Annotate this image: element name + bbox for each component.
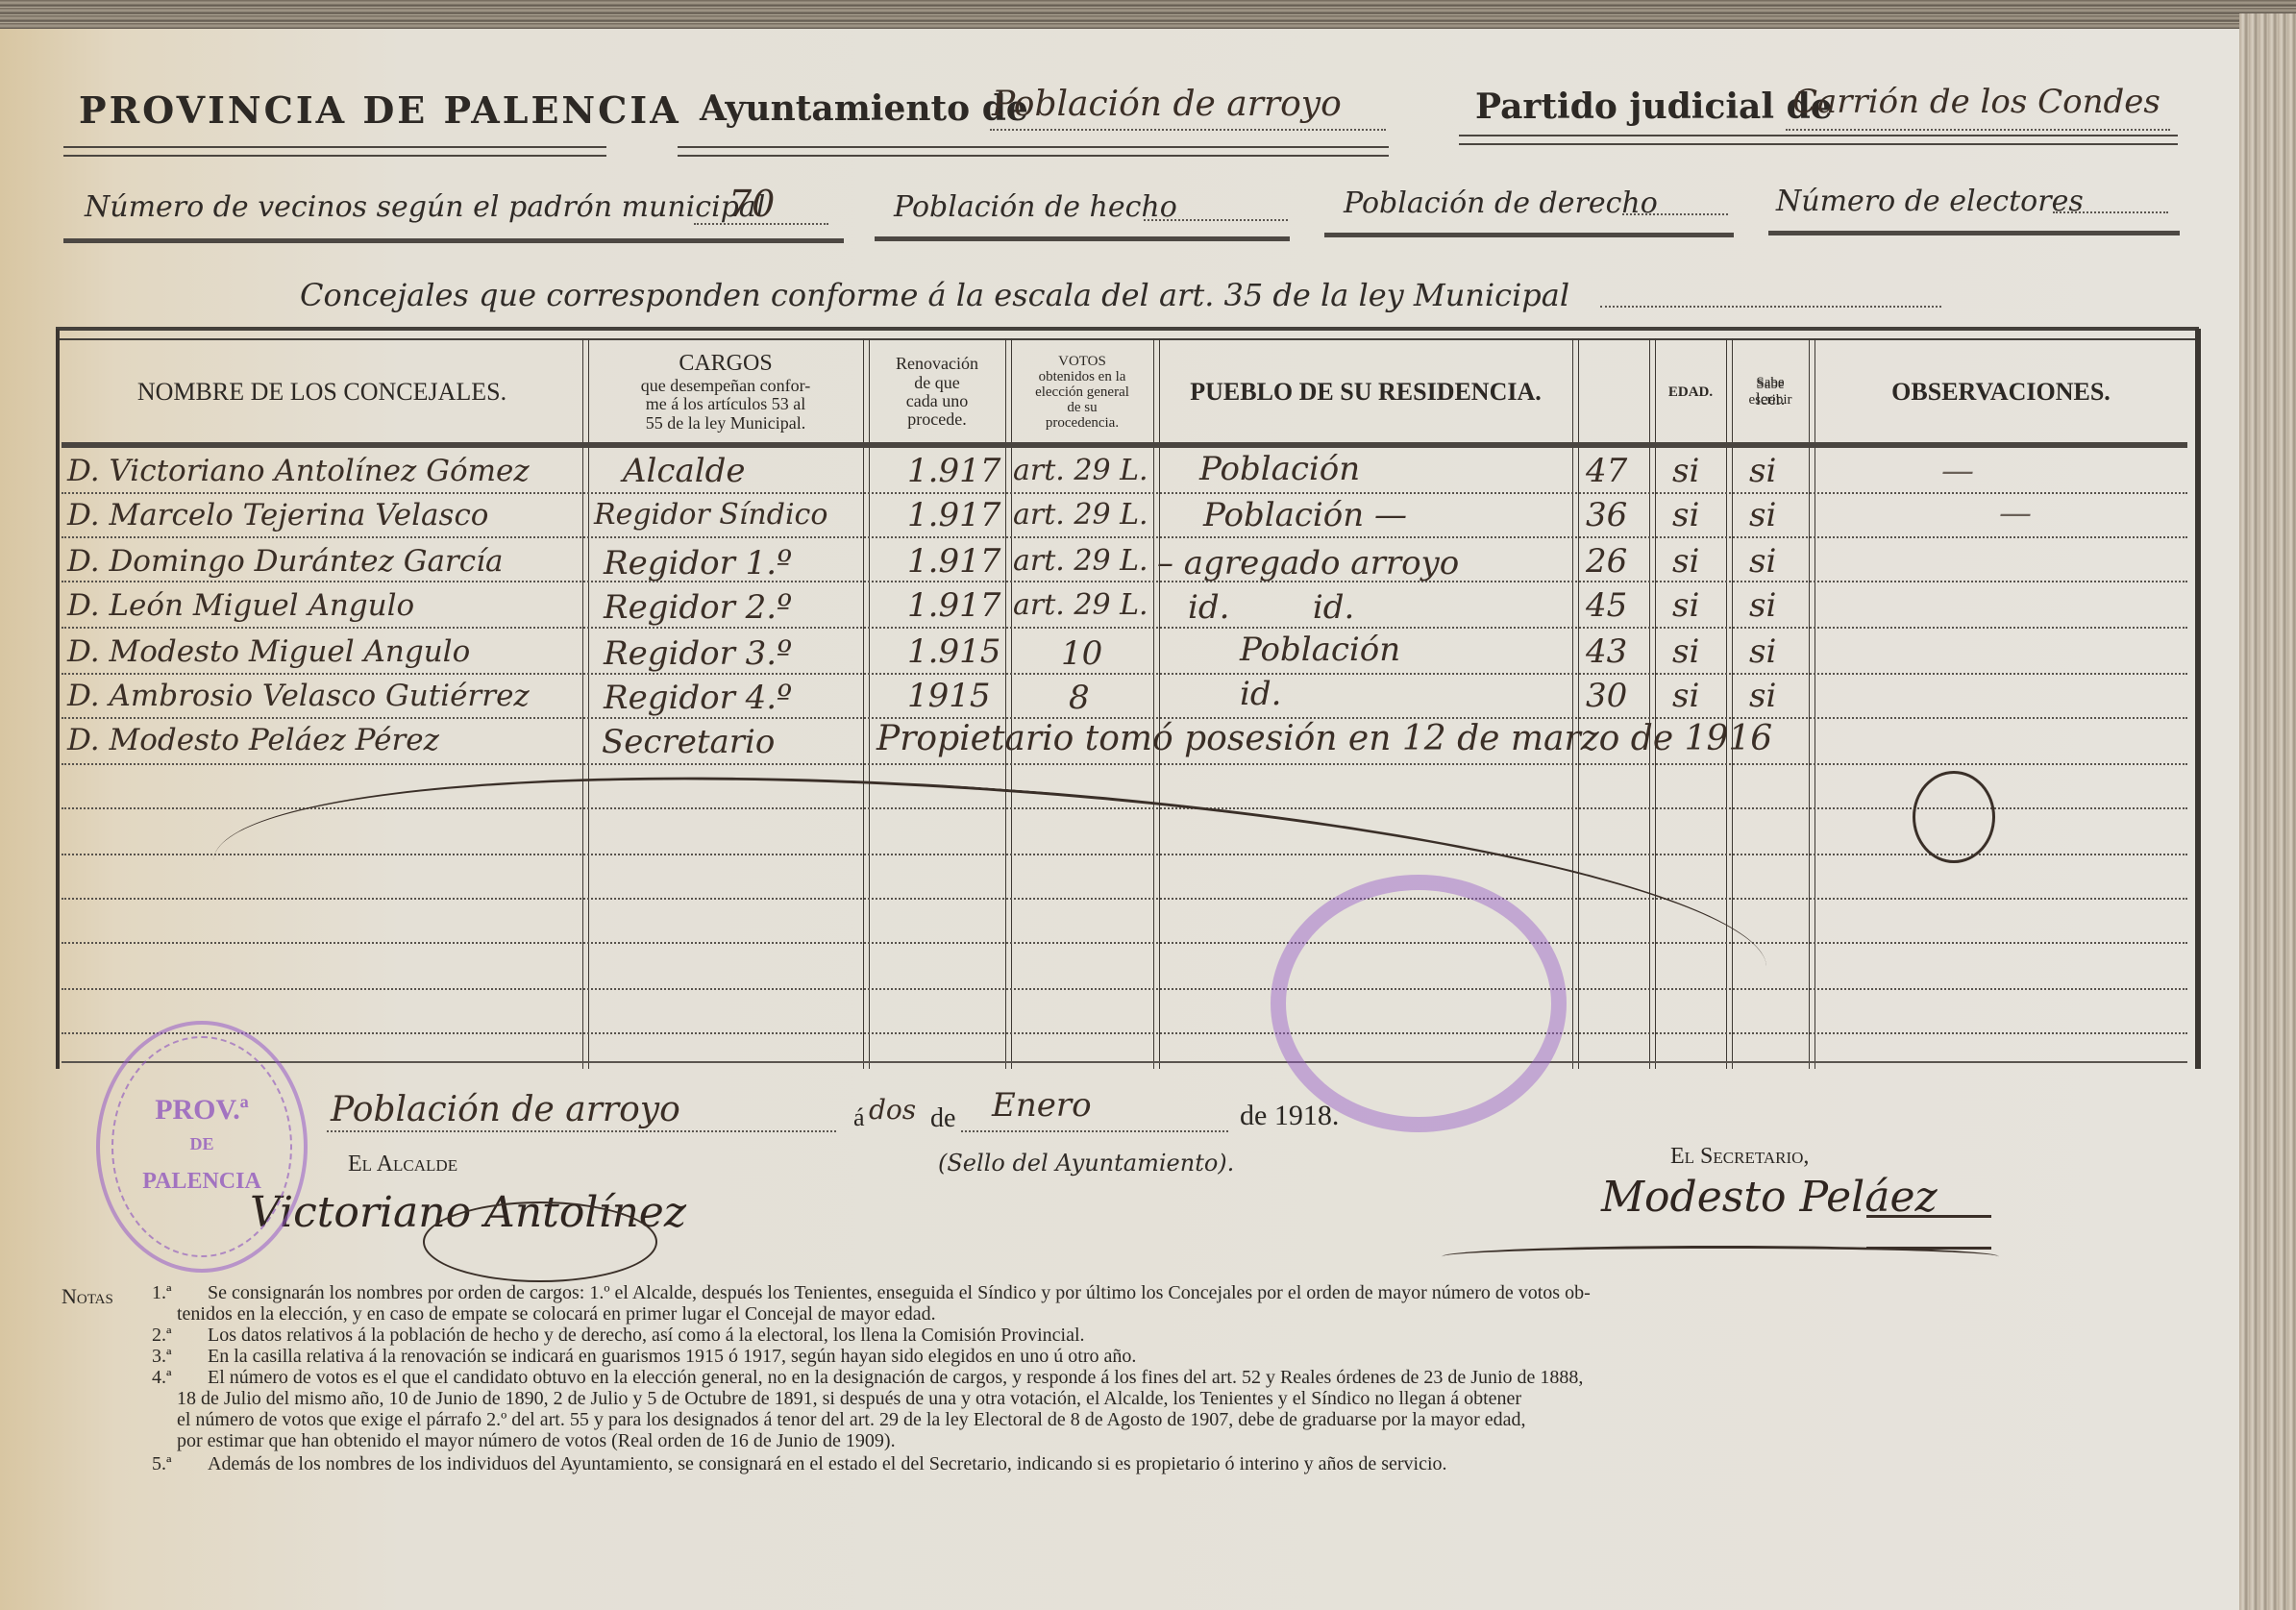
- cell-pueblo: Población: [1240, 631, 1400, 669]
- footer-de-label: de: [930, 1103, 955, 1134]
- cell-renovacion: 1915: [907, 677, 991, 715]
- cell-pueblo: Población: [1199, 450, 1360, 488]
- table-bottom-rule: [62, 1061, 2187, 1063]
- row-rule: [62, 492, 2187, 494]
- cell-leer: si: [1672, 586, 1699, 625]
- book-page-stack-edge: [2239, 13, 2296, 1610]
- cell-leer: si: [1672, 542, 1699, 581]
- secretario-flourish: [1442, 1246, 1999, 1268]
- pen-flourish: [1913, 771, 1995, 863]
- cell-escribir: si: [1749, 496, 1776, 534]
- cell-escribir: si: [1749, 632, 1776, 671]
- vecinos-dotted-line: [694, 223, 828, 225]
- note-number: 1.ª: [152, 1282, 172, 1304]
- header-cargos-line: 55 de la ley Municipal.: [646, 414, 805, 433]
- ayuntamiento-rule: [678, 146, 1389, 157]
- col-divider: [1809, 338, 1815, 1069]
- header-votos-line: elección general: [1035, 384, 1129, 400]
- cell-edad: 26: [1586, 542, 1627, 581]
- cell-leer: si: [1672, 452, 1699, 490]
- header-bottom-rule: [62, 442, 2187, 448]
- vecinos-rule: [63, 238, 844, 243]
- cell-votos: 8: [1069, 679, 1090, 717]
- derecho-dotted-line: [1622, 213, 1728, 215]
- row-rule: [62, 581, 2187, 582]
- row-rule: [62, 627, 2187, 629]
- electores-label: Número de electores: [1776, 185, 2084, 218]
- header-renov-line: cada uno: [906, 392, 968, 410]
- derecho-label: Población de derecho: [1344, 186, 1658, 220]
- cell-renovacion: 1.917: [907, 452, 1000, 490]
- cell-votos: art. 29 L.: [1013, 588, 1148, 622]
- row-rule: [62, 763, 2187, 765]
- cell-votos: art. 29 L.: [1013, 454, 1148, 487]
- partido-value: Carrión de los Condes: [1792, 83, 2160, 121]
- cell-renovacion: 1.917: [907, 496, 1000, 534]
- header-cargos-line: que desempeñan confor-: [641, 377, 811, 395]
- hecho-label: Población de hecho: [894, 190, 1177, 224]
- electores-rule: [1768, 231, 2180, 235]
- province-rule: [63, 146, 606, 157]
- note-number: 2.ª: [152, 1325, 172, 1347]
- note-line: Además de los nombres de los individuos …: [208, 1453, 1447, 1475]
- header-votos-line: VOTOS: [1058, 354, 1106, 369]
- derecho-rule: [1324, 233, 1734, 237]
- note-line: tenidos en la elección, y en caso de emp…: [177, 1303, 936, 1325]
- header-renovacion: Renovación de que cada uno procede.: [869, 344, 1005, 440]
- cell-observaciones: —: [1999, 494, 2032, 533]
- cell-nombre: D. Ambrosio Velasco Gutiérrez: [67, 679, 530, 713]
- note-number: 4.ª: [152, 1367, 172, 1389]
- cell-nombre: D. Marcelo Tejerina Velasco: [67, 498, 488, 533]
- header-observaciones: OBSERVACIONES.: [1815, 344, 2187, 440]
- notes-label: Notas: [62, 1284, 113, 1309]
- footer-day: dos: [869, 1094, 916, 1126]
- row-rule: [62, 673, 2187, 675]
- header-observaciones-text: OBSERVACIONES.: [1891, 379, 2111, 406]
- cell-leer: si: [1672, 496, 1699, 534]
- cell-cargo: Secretario: [602, 723, 775, 761]
- vecinos-value: 70: [728, 183, 775, 225]
- stamp-center-line: PROV.ª: [100, 1094, 304, 1127]
- alcalde-signature-flourish: [423, 1201, 657, 1282]
- cell-nombre: D. Victoriano Antolínez Gómez: [67, 454, 530, 488]
- cell-votos: 10: [1061, 634, 1102, 673]
- cell-cargo: Regidor 2.º: [604, 588, 792, 627]
- header-escribir-line: escribir: [1749, 392, 1792, 408]
- ayuntamiento-round-stamp: PROV.ª DE PALENCIA: [96, 1021, 308, 1273]
- cell-nombre: D. Modesto Peláez Pérez: [67, 723, 439, 757]
- concejales-heading: Concejales que corresponden conforme á l…: [300, 277, 1569, 313]
- cell-pueblo: id. id.: [1188, 588, 1354, 627]
- cell-edad: 45: [1586, 586, 1627, 625]
- header-pueblo-text: PUEBLO DE SU RESIDENCIA.: [1190, 379, 1542, 406]
- cell-pueblo: Población —: [1203, 496, 1407, 534]
- cell-escribir: si: [1749, 677, 1776, 715]
- header-nombre-text: NOMBRE DE LOS CONCEJALES.: [137, 379, 506, 406]
- header-escribir: Sabe escribir: [1732, 344, 1809, 440]
- concejales-dotted-line: [1600, 306, 1941, 308]
- partido-label: Partido judicial de: [1475, 87, 1833, 127]
- cell-edad: 30: [1586, 677, 1627, 715]
- cell-pueblo: id.: [1240, 675, 1281, 713]
- stamp-center-line: DE: [100, 1134, 304, 1154]
- header-votos-line: obtenidos en la: [1039, 369, 1126, 384]
- cell-renovacion: 1.917: [907, 586, 1000, 625]
- ayuntamiento-seal-stamp: [1271, 875, 1567, 1132]
- header-cargos-line: me á los artículos 53 al: [646, 395, 805, 413]
- header-cargos: CARGOS que desempeñan confor- me á los a…: [588, 344, 863, 440]
- note-line: Se consignarán los nombres por orden de …: [208, 1282, 1591, 1304]
- note-line: por estimar que han obtenido el mayor nú…: [177, 1430, 896, 1452]
- cell-renovacion: 1.917: [907, 542, 1000, 581]
- note-line: En la casilla relativa á la renovación s…: [208, 1346, 1136, 1368]
- cell-edad: 47: [1586, 452, 1627, 490]
- partido-rule: [1459, 135, 2178, 145]
- cell-renovacion: 1.915: [907, 632, 1000, 671]
- footer-place-dotted-line: [327, 1130, 836, 1132]
- cell-escribir: si: [1749, 452, 1776, 490]
- ayuntamiento-label: Ayuntamiento de: [700, 88, 1028, 129]
- cell-cargo: Regidor Síndico: [594, 498, 827, 532]
- alcalde-label: El Alcalde: [348, 1152, 457, 1177]
- cell-edad: 36: [1586, 496, 1627, 534]
- hecho-rule: [875, 236, 1290, 241]
- footer-month: Enero: [992, 1086, 1092, 1125]
- cell-leer: si: [1672, 677, 1699, 715]
- note-line: Los datos relativos á la población de he…: [208, 1325, 1085, 1347]
- header-edad-text: EDAD.: [1668, 384, 1713, 400]
- cell-edad: 43: [1586, 632, 1627, 671]
- cell-cargo: Regidor 3.º: [604, 634, 792, 673]
- note-number: 5.ª: [152, 1453, 172, 1475]
- electores-dotted-line: [2053, 211, 2168, 213]
- footer-place: Población de arroyo: [331, 1090, 680, 1129]
- cell-escribir: si: [1749, 542, 1776, 581]
- header-pueblo: PUEBLO DE SU RESIDENCIA.: [1159, 344, 1572, 440]
- note-line: El número de votos es el que el candidat…: [208, 1367, 1583, 1389]
- header-cargos-title: CARGOS: [679, 352, 772, 377]
- header-votos-line: de su: [1067, 400, 1097, 415]
- header-renov-line: de que: [914, 374, 959, 392]
- cell-secretario-note: Propietario tomó posesión en 12 de marzo…: [876, 719, 1772, 758]
- cell-votos: art. 29 L.: [1013, 498, 1148, 532]
- partido-dotted-line: [1786, 129, 2170, 131]
- cell-cargo: Regidor 1.º: [604, 544, 792, 582]
- cell-leer: si: [1672, 632, 1699, 671]
- note-line: 18 de Julio del mismo año, 10 de Junio d…: [177, 1388, 1521, 1410]
- cell-nombre: D. Modesto Miguel Angulo: [67, 634, 470, 669]
- stamp-ring-text: AYUNTAMIENTO DE POBLACION DE ARROYO: [104, 1023, 430, 1038]
- note-line: el número de votos que exige el párrafo …: [177, 1409, 1526, 1431]
- secretario-rubric: [1866, 1215, 1991, 1250]
- vecinos-label: Número de vecinos según el padrón munici…: [85, 190, 765, 224]
- header-renov-line: procede.: [907, 410, 966, 429]
- header-votos-line: procedencia.: [1046, 415, 1119, 431]
- header-edad: EDAD.: [1655, 344, 1726, 440]
- footer-a-label: á: [853, 1103, 865, 1132]
- cell-votos: art. 29 L.: [1013, 544, 1148, 578]
- footer-year: de 1918.: [1240, 1100, 1339, 1132]
- header-escribir-line: Sabe: [1756, 377, 1784, 392]
- ayuntamiento-value: Población de arroyo: [992, 85, 1342, 124]
- note-number: 3.ª: [152, 1346, 172, 1368]
- ayuntamiento-dotted-line: [990, 129, 1386, 131]
- cell-observaciones: —: [1941, 452, 1974, 490]
- header-renov-line: Renovación: [896, 355, 978, 373]
- province-title: PROVINCIA DE PALENCIA: [79, 88, 681, 132]
- cell-nombre: D. Domingo Duránte­z García: [67, 544, 504, 579]
- hecho-dotted-line: [1144, 219, 1288, 221]
- footer-month-dotted-line: [961, 1130, 1228, 1132]
- cell-cargo: Regidor 4.º: [604, 679, 792, 717]
- header-votos: VOTOS obtenidos en la elección general d…: [1011, 344, 1153, 440]
- cell-cargo: Alcalde: [623, 452, 746, 490]
- cell-pueblo: – agregado arroyo: [1157, 544, 1459, 582]
- cell-escribir: si: [1749, 586, 1776, 625]
- cell-nombre: D. León Miguel Angulo: [67, 588, 414, 623]
- row-rule: [62, 536, 2187, 538]
- stamp-center-line: PALENCIA: [100, 1169, 304, 1195]
- secretario-label: El Secretario,: [1670, 1144, 1809, 1170]
- sello-label: (Sello del Ayuntamiento).: [938, 1150, 1234, 1177]
- header-nombre: NOMBRE DE LOS CONCEJALES.: [62, 344, 582, 440]
